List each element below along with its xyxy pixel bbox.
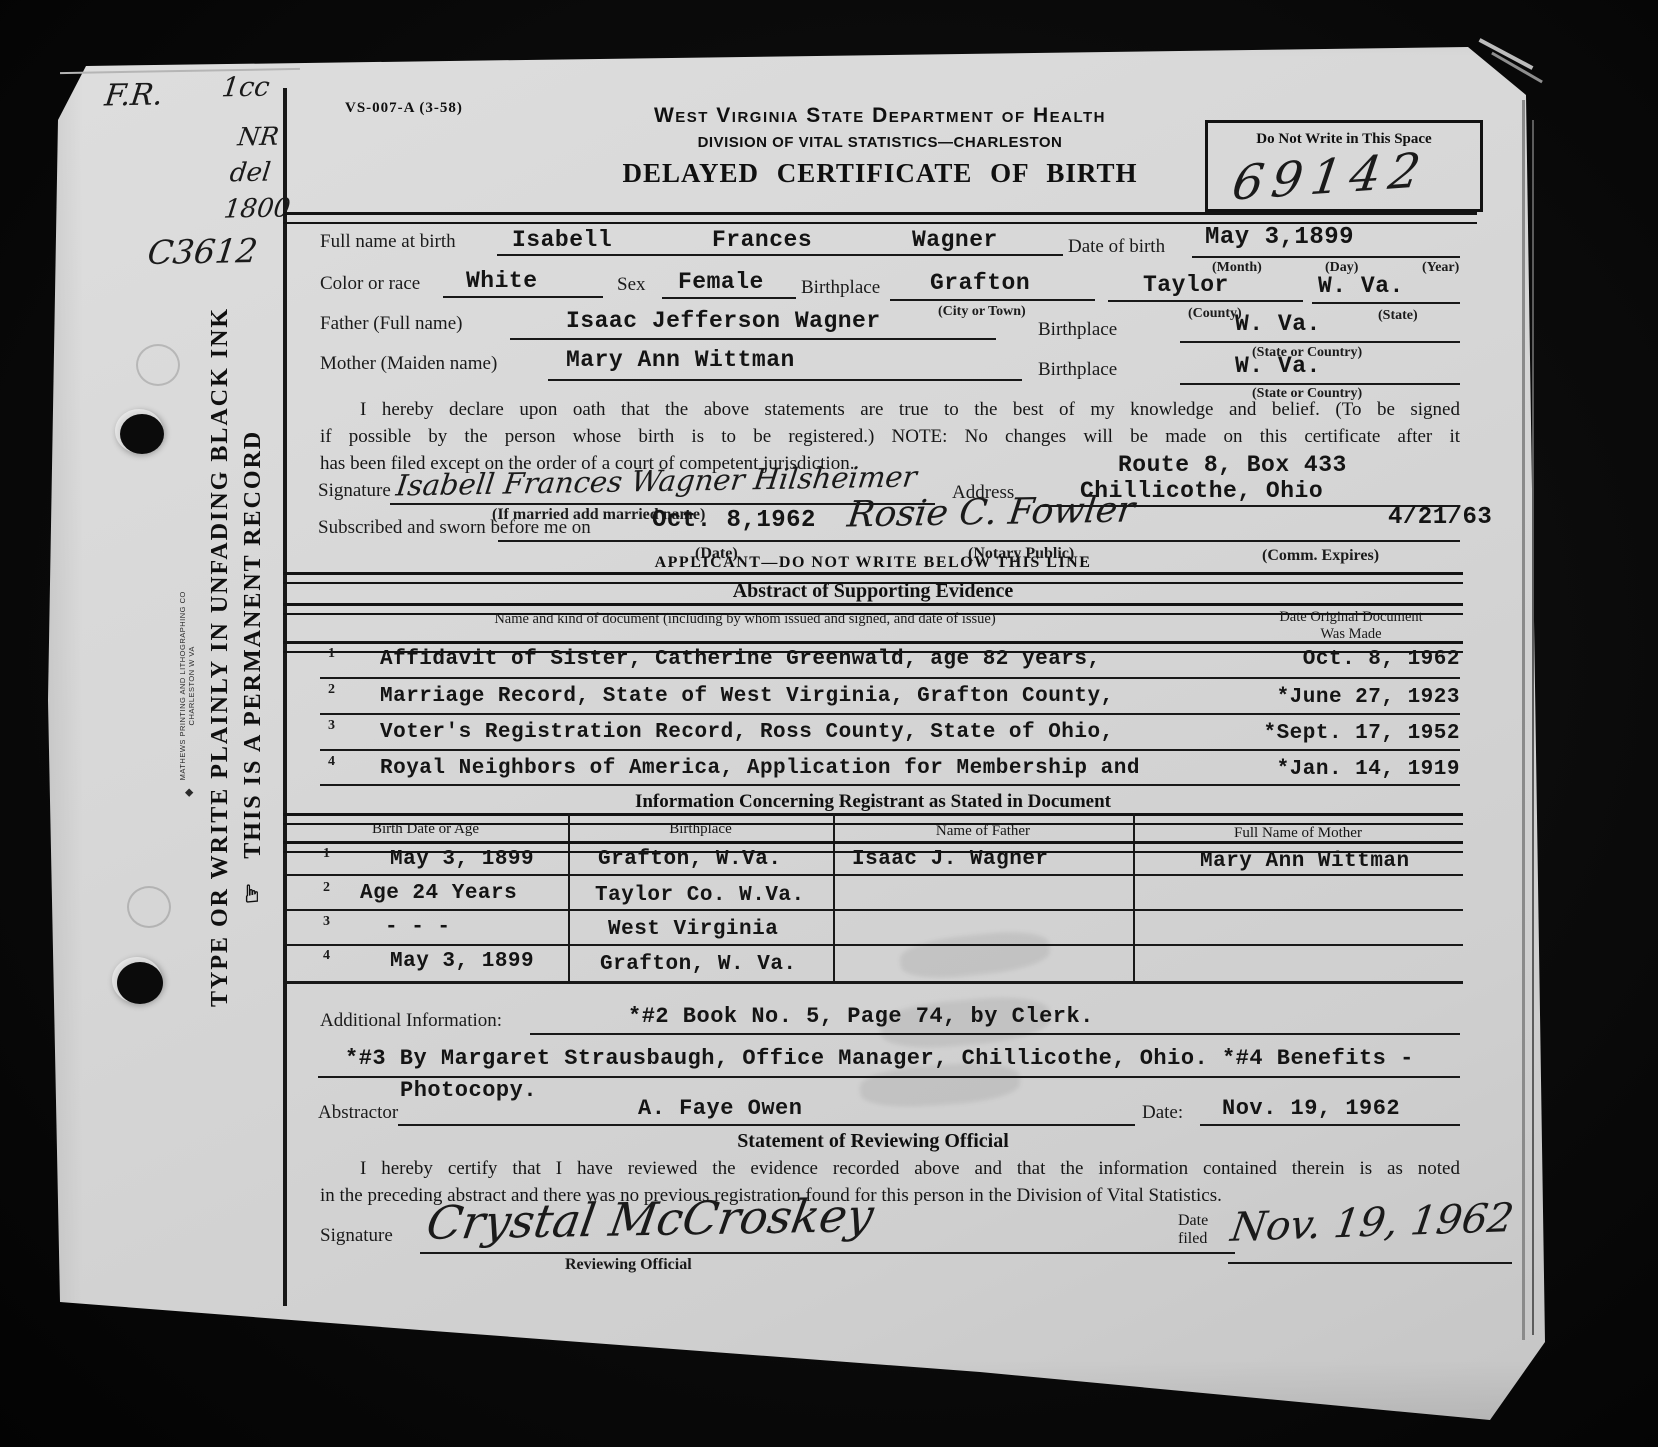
punch-hole [120, 414, 164, 454]
table-row-num: 4 [323, 948, 330, 964]
scanned-document: F.R. 1cc NR del 1800 C3612 TYPE OR WRITE… [0, 0, 1658, 1447]
page-edge [1522, 100, 1525, 1340]
table-header-mother: Full Name of Mother [1133, 825, 1463, 842]
race-value: White [466, 268, 538, 294]
father-bp-value: W. Va. [1235, 311, 1321, 337]
table-cell-birthplace: Grafton, W.Va. [598, 848, 781, 871]
father-value: Isaac Jefferson Wagner [566, 308, 881, 334]
additional-info-label: Additional Information: [320, 1010, 502, 1032]
applicant-note: APPLICANT—DO NOT WRITE BELOW THIS LINE [283, 554, 1463, 572]
punch-hole-ring [127, 886, 171, 928]
ruled-line [1200, 1124, 1460, 1126]
table-cell-birth: - - - [385, 916, 451, 939]
margin-note: 1cc [220, 72, 271, 104]
full-name-label: Full name at birth [320, 231, 456, 253]
page-edge [1532, 120, 1534, 1335]
ruled-line [420, 1252, 1235, 1254]
ruled-line [320, 784, 1460, 786]
birthplace-state: W. Va. [1318, 273, 1404, 299]
race-label: Color or race [320, 273, 420, 295]
notary-signature: Rosie C. Fowler [845, 490, 1137, 536]
divider [283, 212, 1477, 224]
ruled-line [1228, 1262, 1512, 1264]
ruled-line [1180, 383, 1460, 385]
sex-value: Female [678, 269, 764, 295]
address-line1: Route 8, Box 433 [1118, 452, 1347, 478]
table-row-num: 1 [323, 846, 330, 862]
evidence-row-text: Marriage Record, State of West Virginia,… [380, 685, 1114, 708]
abstract-col2-header: Date Original Document Was Made [1240, 609, 1462, 643]
additional-info-line2: *#3 By Margaret Strausbaugh, Office Mana… [345, 1046, 1414, 1071]
ruled-line [498, 540, 1460, 542]
table-divider [568, 813, 570, 983]
form-title: DELAYED CERTIFICATE OF BIRTH [560, 158, 1200, 189]
certificate-number: 69142 [1229, 142, 1432, 211]
margin-note: NR [236, 122, 280, 152]
margin-note: F.R. [103, 77, 165, 113]
form-left-border [283, 88, 287, 1306]
table-cell-birthplace: West Virginia [608, 918, 778, 941]
table-cell-mother: Mary Ann Wittman [1200, 850, 1410, 873]
ruled-line [283, 874, 1463, 876]
evidence-row-date: *Sept. 17, 1952 [1200, 722, 1460, 745]
sworn-label: Subscribed and sworn before me on [318, 517, 591, 539]
stamp-box: Do Not Write in This Space 69142 [1205, 120, 1483, 212]
ruled-line [1192, 256, 1460, 258]
review-line1: I hereby certify that I have reviewed th… [320, 1155, 1460, 1182]
mother-value: Mary Ann Wittman [566, 347, 795, 373]
margin-instruction-line1: TYPE OR WRITE PLAINLY IN UNFADING BLACK … [207, 327, 234, 1007]
table-cell-birth: May 3, 1899 [390, 950, 534, 973]
ruled-line [497, 254, 1063, 256]
ruled-line [530, 1033, 1460, 1035]
abstract-date-value: Nov. 19, 1962 [1222, 1096, 1400, 1121]
father-label: Father (Full name) [320, 313, 462, 335]
caption-state: (State) [1378, 308, 1418, 324]
table-cell-birthplace: Grafton, W. Va. [600, 953, 797, 976]
printer-line1: MATHEWS PRINTING AND LITHOGRAPHING CO [178, 591, 187, 780]
table-header-birthplace: Birthplace [568, 821, 833, 838]
evidence-row-text: Royal Neighbors of America, Application … [380, 757, 1140, 780]
declaration-line1: I hereby declare upon oath that the abov… [320, 396, 1460, 423]
table-cell-birth: May 3, 1899 [390, 848, 534, 871]
table-header-birth: Birth Date or Age [283, 821, 568, 838]
printer-line2: CHARLESTON W VA [187, 591, 196, 780]
review-signature-label: Signature [320, 1225, 393, 1247]
margin-note: 1800 [222, 193, 292, 224]
ruled-line [548, 379, 1022, 381]
ruled-line [283, 981, 1463, 984]
reviewing-official-signature: Crystal McCroskey [423, 1188, 877, 1250]
comm-expires-value: 4/21/63 [1388, 504, 1492, 531]
ruled-line [510, 338, 996, 340]
division-name: DIVISION OF VITAL STATISTICS—CHARLESTON [560, 134, 1200, 151]
table-row-num: 3 [323, 914, 330, 930]
caption-county: (County) [1188, 306, 1242, 322]
birthplace-city: Grafton [930, 270, 1030, 296]
ruled-line [890, 299, 1095, 301]
additional-info-value: *#2 Book No. 5, Page 74, by Clerk. [628, 1004, 1094, 1029]
printer-logo-icon: ◆ [183, 788, 195, 796]
birthplace-label: Birthplace [801, 277, 880, 299]
margin-instructions: TYPE OR WRITE PLAINLY IN UNFADING BLACK … [207, 327, 283, 1007]
ruled-line [320, 713, 1460, 715]
date-filed-label: Date filed [1178, 1212, 1208, 1248]
review-title: Statement of Reviewing Official [283, 1130, 1463, 1153]
ruled-line [320, 677, 1460, 679]
additional-info-line3: Photocopy. [400, 1078, 537, 1103]
abstractor-label: Abstractor [318, 1102, 398, 1124]
evidence-row-text: Affidavit of Sister, Catherine Greenwald… [380, 648, 1101, 671]
sex-label: Sex [617, 274, 646, 296]
stamp-box-label: Do Not Write in This Space [1208, 131, 1480, 148]
date-filed-label-line1: Date [1178, 1212, 1208, 1230]
name-last: Wagner [912, 227, 998, 253]
printer-credit: ◆ MATHEWS PRINTING AND LITHOGRAPHING CO … [178, 554, 202, 834]
ruled-line [1312, 302, 1460, 304]
evidence-row-date: Oct. 8, 1962 [1200, 648, 1460, 671]
name-first: Isabell [512, 227, 612, 253]
table-cell-birthplace: Taylor Co. W.Va. [595, 884, 805, 907]
caption-city: (City or Town) [938, 304, 1026, 320]
punch-hole [117, 962, 163, 1004]
abstract-date-label: Date: [1142, 1102, 1183, 1124]
ruled-line [1180, 341, 1460, 343]
ruled-line [320, 749, 1460, 751]
form-number: VS-007-A (3-58) [345, 100, 463, 117]
mother-bp-label: Birthplace [1038, 359, 1117, 381]
signature-label: Signature [318, 480, 391, 502]
date-filed-label-line2: filed [1178, 1230, 1208, 1248]
table-cell-father: Isaac J. Wagner [852, 848, 1049, 871]
ruled-line [1108, 300, 1303, 302]
father-bp-label: Birthplace [1038, 319, 1117, 341]
evidence-row-date: *Jan. 14, 1919 [1200, 758, 1460, 781]
evidence-row-num: 1 [328, 646, 335, 662]
ruled-line [283, 909, 1463, 911]
mother-label: Mother (Maiden name) [320, 353, 497, 375]
ruled-line [398, 1124, 1135, 1126]
ruled-line [443, 296, 603, 298]
table-header-father: Name of Father [833, 823, 1133, 840]
ruled-line [283, 944, 1463, 946]
evidence-row-num: 4 [328, 754, 335, 770]
caption-year: (Year) [1422, 260, 1459, 276]
dob-value: May 3,1899 [1205, 224, 1354, 251]
table-cell-birth: Age 24 Years [360, 882, 517, 905]
abstract-col1-header: Name and kind of document (including by … [340, 611, 1150, 628]
reviewing-official-caption: Reviewing Official [565, 1256, 692, 1274]
sworn-date: Oct. 8,1962 [652, 507, 816, 534]
evidence-row-num: 2 [328, 682, 335, 698]
agency-name: West Virginia State Department of Health [560, 104, 1200, 128]
margin-instruction-line2: THIS IS A PERMANENT RECORD [240, 430, 266, 859]
table-row-num: 2 [323, 880, 330, 896]
margin-note: del [228, 158, 272, 189]
mother-bp-value: W. Va. [1235, 353, 1321, 379]
evidence-row-text: Voter's Registration Record, Ross County… [380, 721, 1114, 744]
punch-hole-ring [136, 344, 180, 386]
registrant-table-title: Information Concerning Registrant as Sta… [283, 791, 1463, 813]
evidence-row-num: 3 [328, 718, 335, 734]
birthplace-county: Taylor [1143, 272, 1229, 298]
declaration-line2: if possible by the person whose birth is… [320, 423, 1460, 450]
pointing-hand-icon: ☞ [240, 881, 266, 905]
ruled-line [662, 297, 796, 299]
name-middle: Frances [712, 227, 812, 253]
abstractor-value: A. Faye Owen [638, 1096, 802, 1121]
abstract-title: Abstract of Supporting Evidence [283, 580, 1463, 603]
dob-label: Date of birth [1068, 236, 1165, 258]
evidence-row-date: *June 27, 1923 [1200, 686, 1460, 709]
abstract-col2-line1: Date Original Document [1240, 609, 1462, 626]
margin-note: C3612 [145, 231, 259, 272]
